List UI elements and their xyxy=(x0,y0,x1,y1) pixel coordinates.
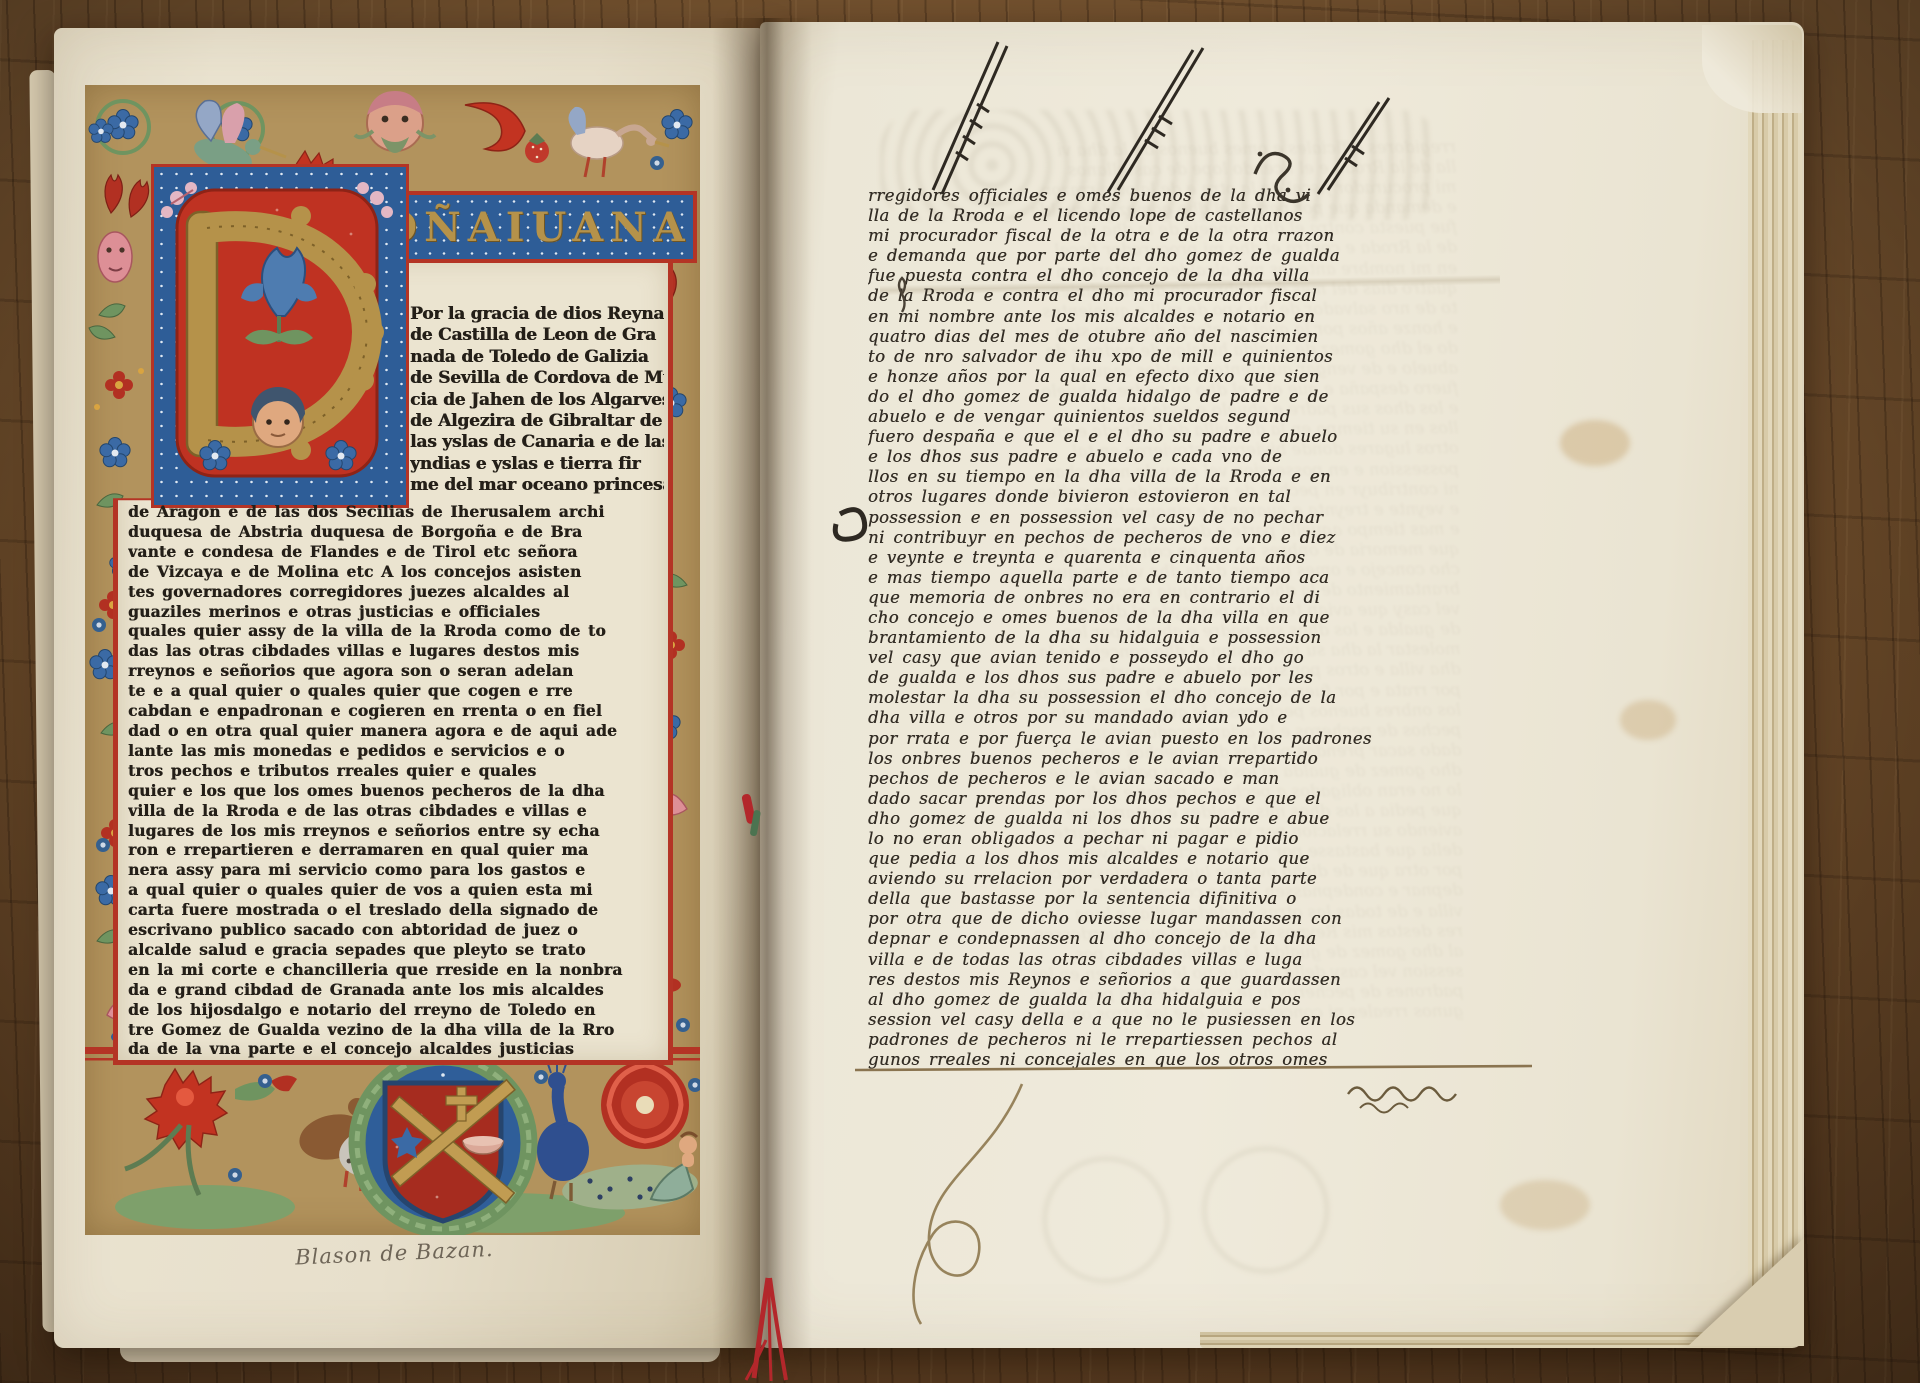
small-margin-mark xyxy=(899,278,905,312)
left-text-wide-block: de Aragon e de las dos Secilias de Iheru… xyxy=(128,502,662,1060)
binding-threads xyxy=(720,780,830,1383)
strawberry-motif xyxy=(525,133,549,163)
face-in-initial xyxy=(251,387,305,447)
illuminated-initial-art xyxy=(151,164,403,502)
left-text-upper-column: Por la gracia de dios Reynade Castilla d… xyxy=(410,304,664,499)
rose-motif xyxy=(601,1061,689,1149)
title-band: OÑAIUANA xyxy=(377,191,697,263)
ruled-line xyxy=(855,1066,1532,1070)
loop-flourish xyxy=(914,1084,1022,1324)
laurel-wreath-shield xyxy=(357,1057,529,1229)
right-page-ink-marks xyxy=(760,22,1804,1348)
blue-flower xyxy=(662,110,692,139)
diagonal-pen-stroke-3 xyxy=(1318,98,1389,194)
foliate-paraph xyxy=(1255,152,1309,202)
title-band-text: OÑAIUANA xyxy=(382,204,691,251)
diagonal-pen-stroke-2 xyxy=(1108,48,1203,192)
blue-flower-roundel xyxy=(89,101,149,153)
sewing-tie xyxy=(741,793,761,836)
bookmark-tassel xyxy=(746,1278,786,1381)
diagonal-pen-stroke-1 xyxy=(933,42,1007,194)
pink-mask-face xyxy=(98,232,132,282)
blue-dot-flower xyxy=(650,156,664,170)
red-acanthus-scroll xyxy=(465,103,525,151)
rubric-squiggle xyxy=(1348,1088,1456,1113)
green-man-face xyxy=(355,91,435,153)
margin-paraph xyxy=(835,510,864,540)
carnation-bottom-motif xyxy=(125,1069,297,1195)
manuscript-photo: { "left_page": { "title_band_text": "OÑA… xyxy=(0,0,1920,1383)
